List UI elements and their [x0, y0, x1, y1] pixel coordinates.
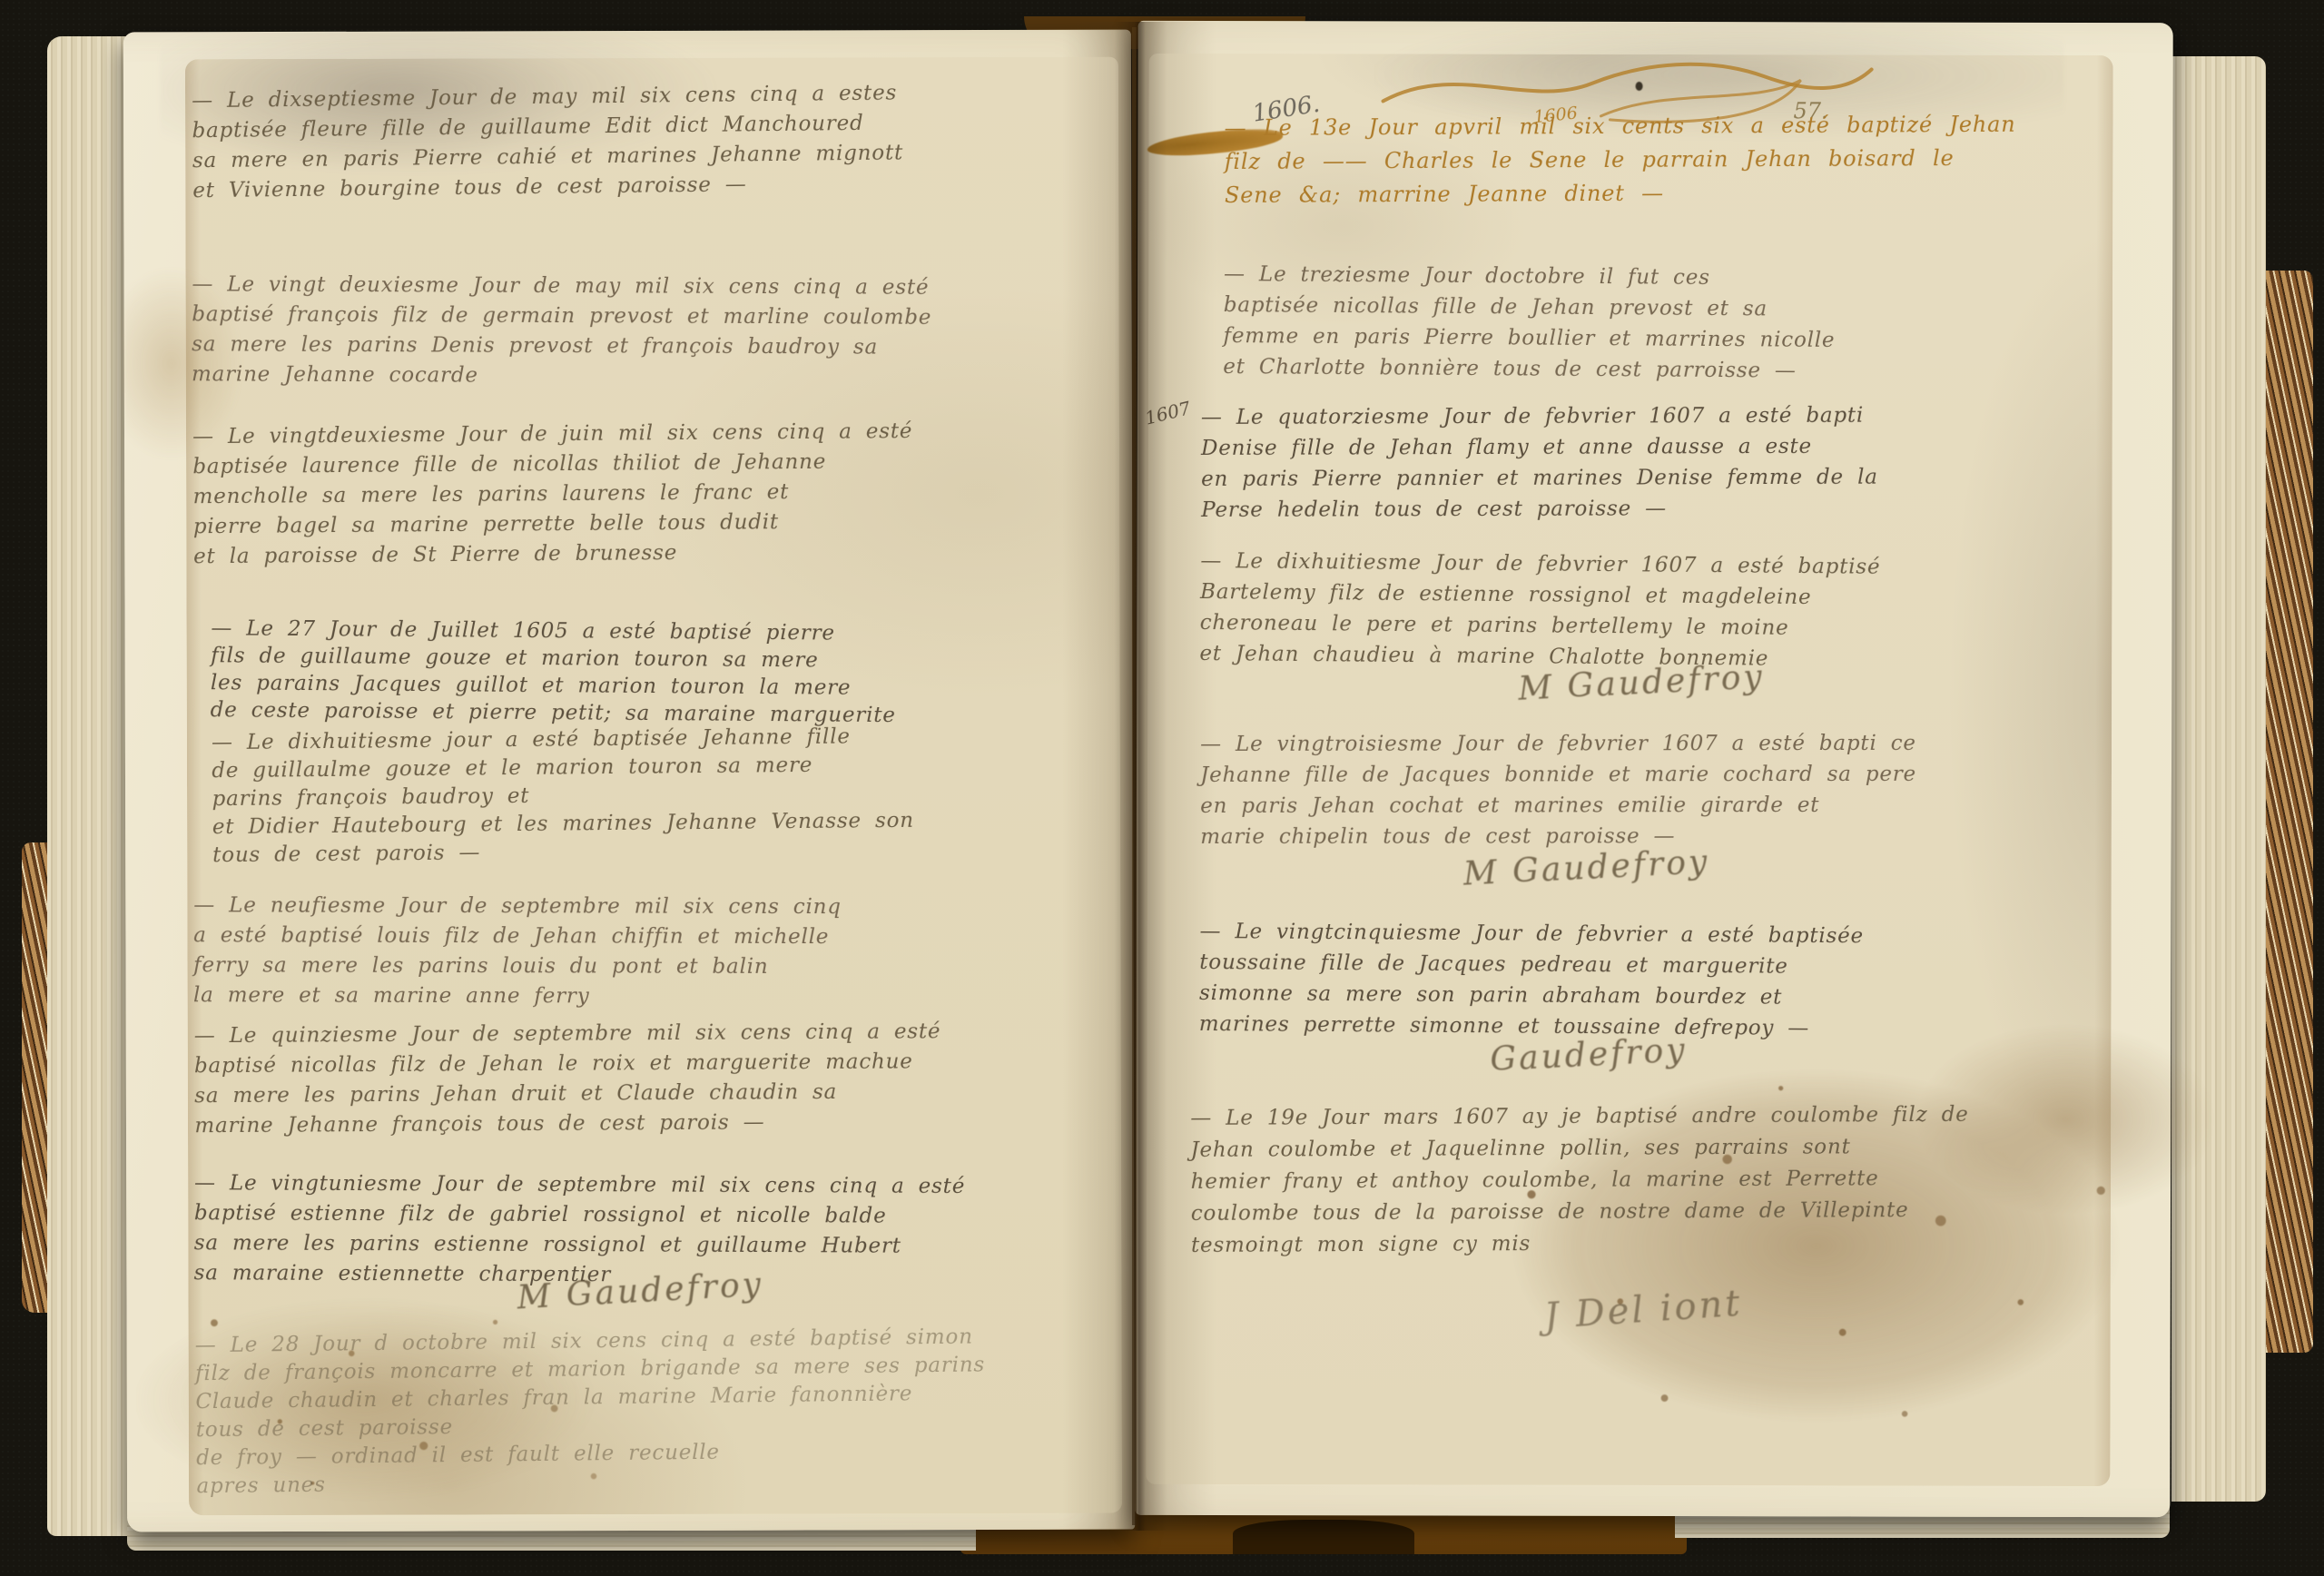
manuscript-line: — Le vingtroisiesme Jour de febvrier 160… — [1200, 728, 1916, 760]
manuscript-line: baptisé françois filz de germain prevost… — [192, 300, 931, 333]
manuscript-line: tesmoingt mon signe cy mis — [1191, 1226, 1969, 1262]
manuscript-line: toussaine fille de Jacques pedreau et ma… — [1199, 947, 1864, 982]
manuscript-line: — Le neufiesme Jour de septembre mil six… — [193, 891, 842, 922]
manuscript-line: simonne sa mere son parin abraham bourde… — [1199, 978, 1864, 1013]
manuscript-line: hemier frany et anthoy coulombe, la mari… — [1191, 1163, 1969, 1198]
manuscript-line: — Le treziesme Jour doctobre il fut ces — [1224, 259, 1836, 294]
manuscript-line: marine Jehanne cocarde — [192, 360, 931, 393]
manuscript-line: et la paroisse de St Pierre de brunesse — [193, 537, 913, 572]
manuscript-line: en paris Jehan cochat et marines emilie … — [1200, 790, 1916, 822]
manuscript-line: — Le quinziesme Jour de septembre mil si… — [194, 1017, 941, 1051]
baptism-entry: — Le vingt deuxiesme Jour de may mil six… — [192, 270, 931, 393]
baptism-entry: — Le vingtcinquiesme Jour de febvrier a … — [1199, 916, 1864, 1044]
manuscript-line: ferry sa mere les parins louis du pont e… — [193, 951, 842, 982]
manuscript-line: Jehanne fille de Jacques bonnide et mari… — [1200, 759, 1916, 791]
manuscript-line: — Le 19e Jour mars 1607 ay je baptisé an… — [1190, 1099, 1968, 1135]
manuscript-line: baptisée nicollas fille de Jehan prevost… — [1224, 290, 1836, 325]
baptism-entry: — Le dixseptiesme Jour de may mil six ce… — [192, 78, 904, 206]
baptism-entry: — Le dixhuitiesme jour a esté baptisée J… — [212, 723, 914, 870]
right-page-edges — [2171, 56, 2266, 1502]
manuscript-line: femme en paris Pierre boullier et marrin… — [1223, 320, 1835, 356]
baptism-entry: — Le vingtroisiesme Jour de febvrier 160… — [1200, 728, 1916, 852]
manuscript-line: Perse hedelin tous de cest paroisse — — [1201, 493, 1878, 526]
manuscript-line: et Charlotte bonnière tous de cest parro… — [1223, 351, 1835, 387]
manuscript-line: Sene &a; marrine Jeanne dinet — — [1225, 175, 2016, 212]
manuscript-line: — Le vingt deuxiesme Jour de may mil six… — [192, 270, 931, 303]
left-page: — Le dixseptiesme Jour de may mil six ce… — [123, 30, 1135, 1532]
manuscript-line: Jehan coulombe et Jaquelinne pollin, ses… — [1190, 1131, 1968, 1167]
baptism-entry: — Le 28 Jour d octobre mil six cens cinq… — [195, 1323, 987, 1501]
baptism-entry: — Le vingtdeuxiesme Jour de juin mil six… — [192, 417, 913, 572]
manuscript-line: sa mere les parins Denis prevost et fran… — [192, 330, 931, 363]
photograph-of-open-register: — Le dixseptiesme Jour de may mil six ce… — [0, 0, 2324, 1576]
manuscript-line: baptisée laurence fille de nicollas thil… — [192, 447, 912, 482]
manuscript-line: — Le vingtuniesme Jour de septembre mil … — [194, 1168, 965, 1202]
baptism-entry: — Le vingtuniesme Jour de septembre mil … — [194, 1168, 966, 1292]
baptism-entry: — Le neufiesme Jour de septembre mil six… — [193, 891, 842, 1012]
manuscript-line: coulombe tous de la paroisse de nostre d… — [1191, 1195, 1969, 1230]
manuscript-line: marie chipelin tous de cest paroisse — — [1200, 821, 1916, 852]
baptism-entry: — Le dixhuitiesme Jour de febvrier 1607 … — [1199, 546, 1880, 675]
manuscript-line: sa mere les parins Jehan druit et Claude… — [194, 1077, 941, 1111]
manuscript-line: la mere et sa marine anne ferry — [193, 980, 842, 1012]
manuscript-line: marine Jehanne françois tous de cest par… — [194, 1107, 941, 1141]
left-page-edges — [47, 36, 131, 1536]
manuscript-line: sa mere les parins estienne rossignol et… — [194, 1228, 965, 1262]
baptism-entry: — Le quatorziesme Jour de febvrier 1607 … — [1201, 400, 1878, 526]
manuscript-line: baptisé nicollas filz de Jehan le roix e… — [194, 1047, 941, 1081]
manuscript-line: — Le quatorziesme Jour de febvrier 1607 … — [1201, 400, 1878, 433]
baptism-entry: — Le quinziesme Jour de septembre mil si… — [194, 1017, 941, 1141]
manuscript-line: Denise fille de Jehan flamy et anne daus… — [1201, 431, 1878, 464]
manuscript-line: — Le 13e Jour apvril mil six cents six a… — [1225, 108, 2016, 145]
manuscript-line: en paris Pierre pannier et marines Denis… — [1201, 462, 1878, 495]
manuscript-line: filz de —— Charles le Sene le parrain Je… — [1225, 142, 2016, 179]
manuscript-line: baptisé estienne filz de gabriel rossign… — [194, 1198, 965, 1232]
baptism-entry: — Le 27 Jour de Juillet 1605 a esté bapt… — [211, 615, 897, 729]
manuscript-line: a esté baptisé louis filz de Jehan chiff… — [193, 921, 842, 952]
gutter-fold-line — [1132, 27, 1137, 1525]
baptism-entry: — Le 19e Jour mars 1607 ay je baptisé an… — [1190, 1099, 1969, 1262]
right-marbled-cover — [2266, 271, 2313, 1353]
spine-notch-shadow — [1233, 1520, 1414, 1554]
baptism-entry: — Le treziesme Jour doctobre il fut ces … — [1223, 259, 1836, 387]
baptism-entry: — Le 13e Jour apvril mil six cents six a… — [1225, 108, 2016, 212]
right-page: 1606. 1606 57. — Le 13e Jour apvril mil … — [1135, 21, 2172, 1517]
manuscript-line: — Le vingtcinquiesme Jour de febvrier a … — [1199, 916, 1864, 951]
